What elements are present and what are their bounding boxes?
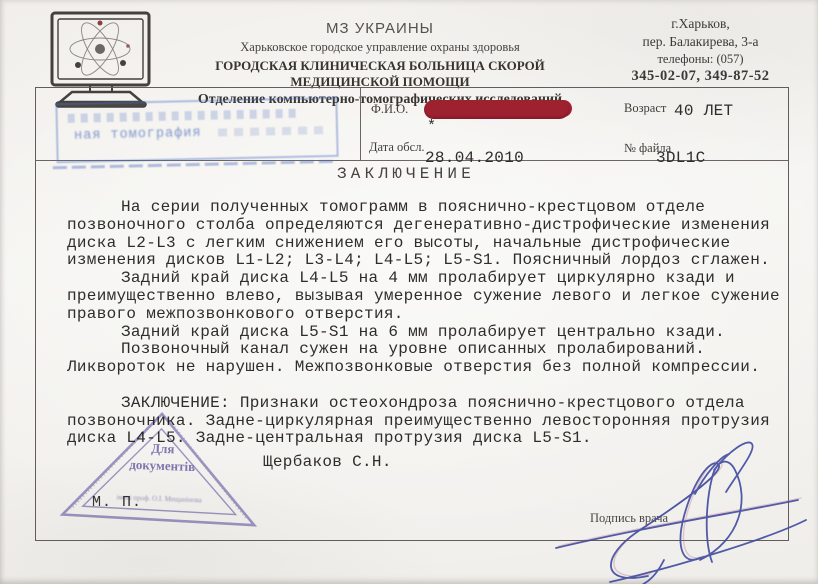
report-title: ЗАКЛЮЧЕНИЕ [337, 165, 475, 183]
stamp-illegible-line [68, 109, 298, 123]
ministry-title: МЗ УКРАИНЫ [170, 20, 590, 37]
report-line: Ликвороток не нарушен. Межпозвонковые от… [67, 359, 785, 377]
doctor-signature [545, 430, 817, 584]
stamp-bottom-text: імені проф. О.І. Мещанінова [116, 493, 202, 504]
doctor-name: Щербаков С.Н. [263, 453, 392, 471]
stamp-cell-divider [360, 88, 361, 160]
phones-label: телефоны: (057) [598, 52, 803, 67]
stamp-legible-text: ная томография [74, 126, 202, 144]
phone-numbers: 345-02-07, 349-87-52 [598, 68, 803, 85]
file-number-value: 3DL1C [656, 149, 706, 167]
patient-name-label: Ф.И.О. [371, 102, 408, 117]
report-line: правого межпозвонкового отверстия. [67, 306, 785, 324]
report-line: диска L2-L3 с легким снижением его высот… [67, 235, 785, 253]
address-street: пер. Балакирева, 3-а [598, 34, 803, 50]
address-block: г.Харьков, пер. Балакирева, 3-а телефоны… [598, 16, 803, 85]
report-line: Позвоночный канал сужен на уровне описан… [67, 341, 785, 359]
hospital-name: ГОРОДСКАЯ КЛИНИЧЕСКАЯ БОЛЬНИЦА СКОРОЙ МЕ… [170, 58, 590, 90]
report-line: преимущественно влево, вызывая умеренное… [67, 288, 785, 306]
stamp-text-line1: Для [151, 441, 175, 457]
report-line: Задний край диска L4-L5 на 4 мм пролабир… [67, 270, 785, 288]
address-city: г.Харьков, [598, 16, 803, 32]
scanned-ct-report: { "header": { "ministry": "МЗ УКРАИНЫ", … [0, 0, 818, 584]
for-documents-stamp: Для документів імені проф. О.І. Мещаніно… [54, 404, 273, 541]
stamp-illegible-tail [218, 126, 323, 136]
registration-stamp: ная томография [55, 97, 338, 163]
health-department: Харьковское городское управление охраны … [170, 40, 590, 55]
stamp-underline [53, 160, 338, 169]
report-line: Задний край диска L5-S1 на 6 мм пролабир… [67, 324, 785, 342]
stamp-text-line2: документів [129, 457, 195, 474]
report-line: На серии полученных томограмм в поясничн… [67, 199, 785, 217]
report-line: изменения дисков L1-L2; L3-L4; L4-L5; L5… [67, 252, 785, 270]
age-value: 40 ЛЕТ [674, 102, 733, 120]
report-line: позвоночного столба определяются дегенер… [67, 217, 785, 235]
patient-name-redaction [424, 100, 569, 119]
paragraph-gap [67, 377, 785, 395]
asterisk-mark: * [427, 118, 436, 135]
exam-date-label: Дата обсл. [369, 140, 425, 155]
age-label: Возраст [624, 101, 666, 116]
